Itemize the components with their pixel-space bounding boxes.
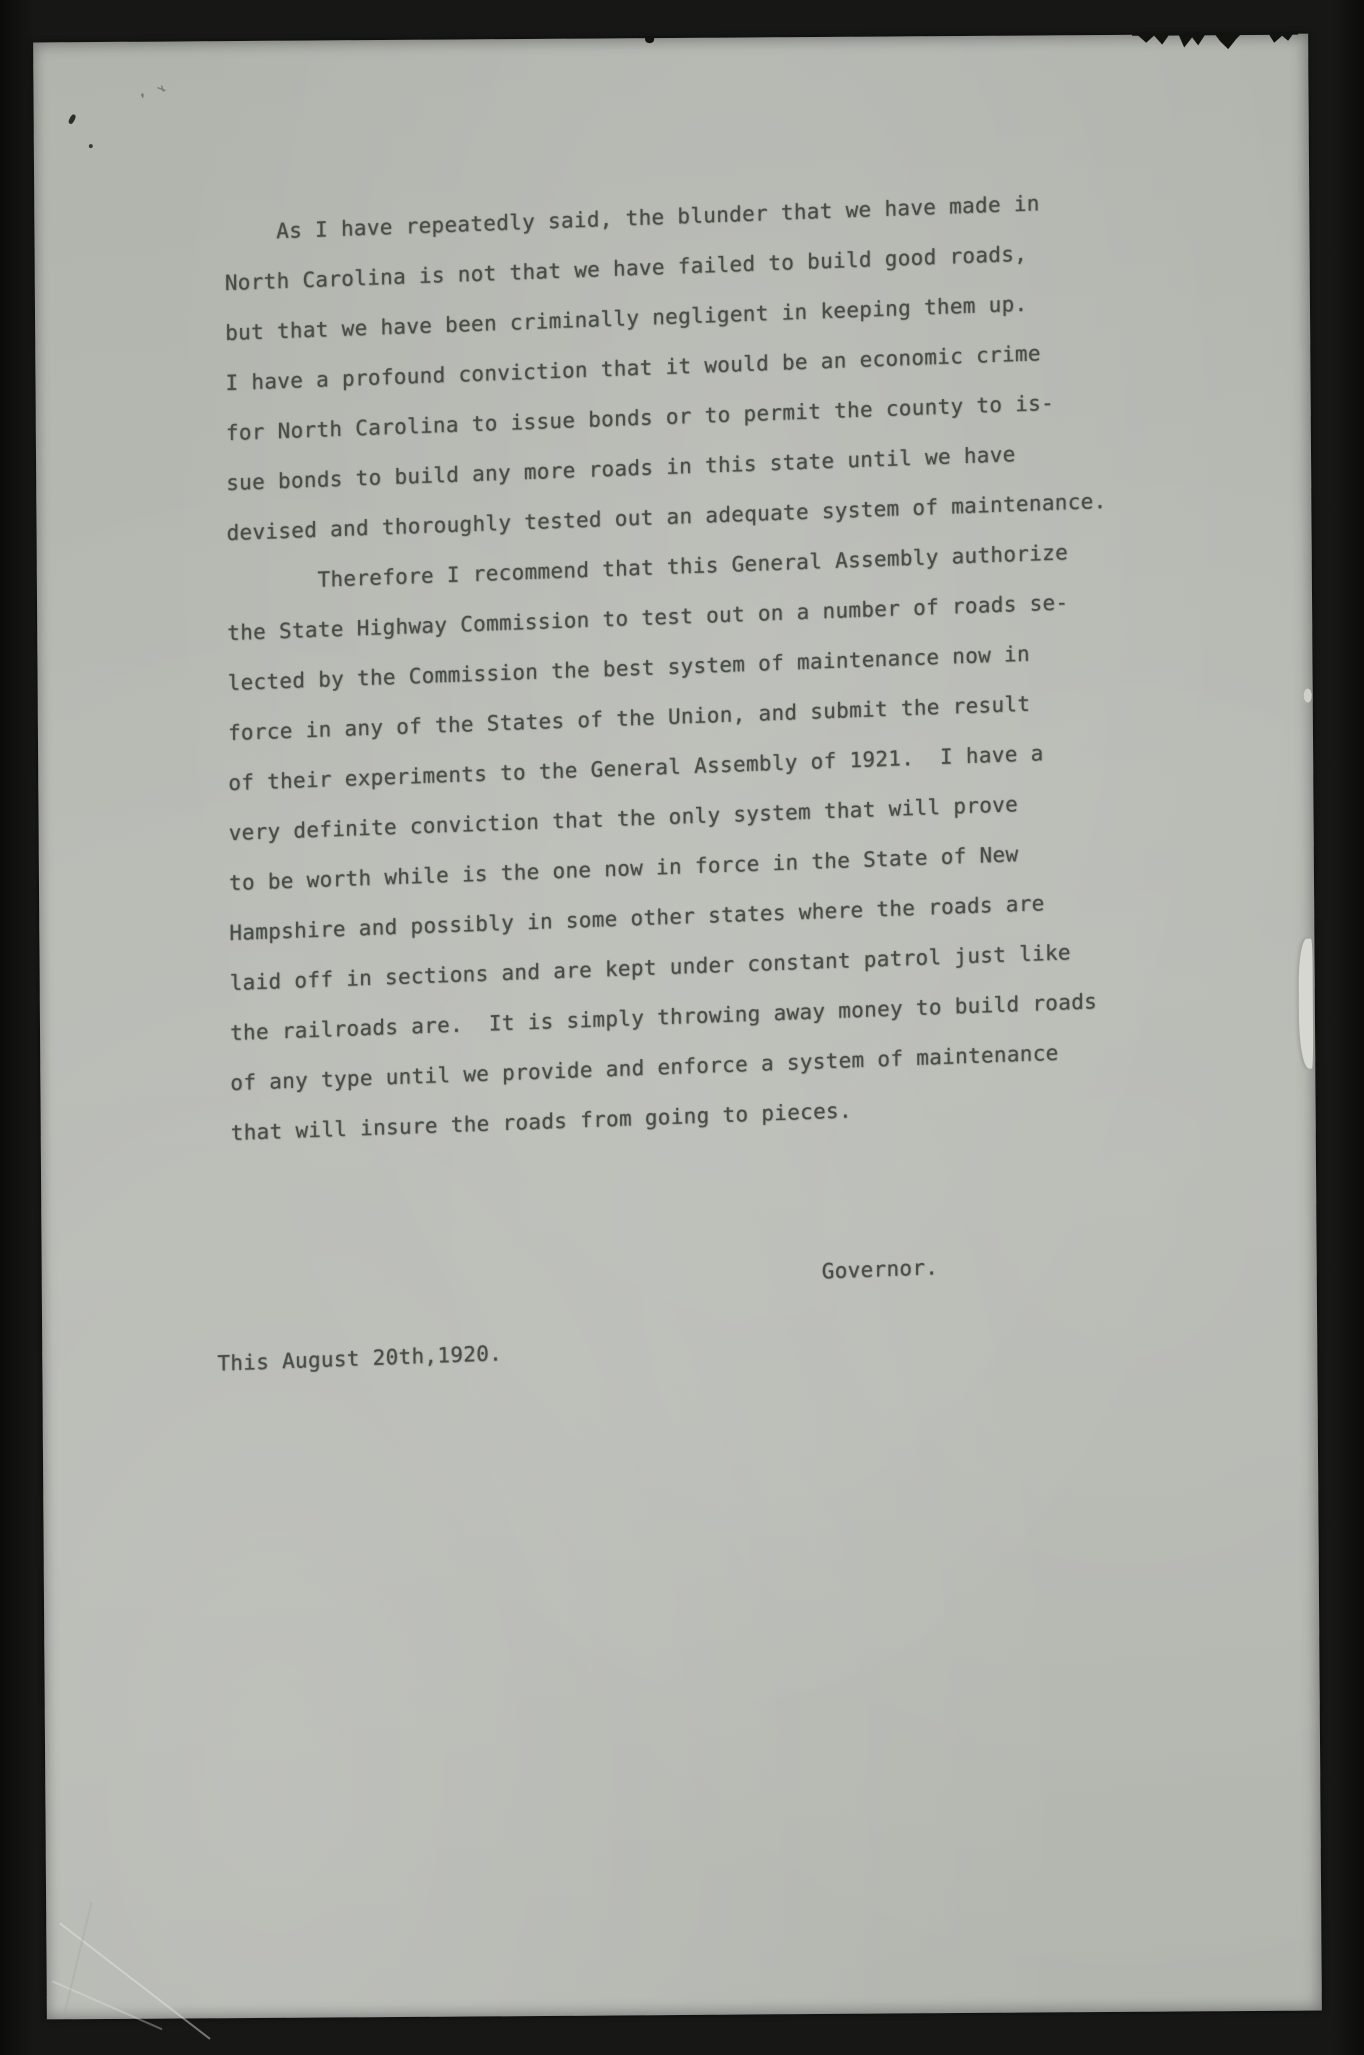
pencil-mark-icon	[137, 84, 171, 100]
paper-speck	[89, 144, 93, 148]
signature-line: Governor.	[232, 1231, 1232, 1318]
paper-edge-chip	[1298, 939, 1313, 1069]
paper-top-notch	[645, 36, 654, 43]
torn-edge-icon	[1118, 33, 1318, 60]
paper-edge-nick	[1304, 689, 1312, 703]
scan-background: { "colors": { "background": "#171715", "…	[0, 0, 1364, 2055]
crease-line	[62, 1902, 92, 2019]
letter-page: As I have repeatedly said, the blunder t…	[33, 34, 1322, 2020]
date-line: This August 20th,1920.	[217, 1301, 1232, 1388]
paper-speck	[68, 114, 77, 125]
letter-body: As I have repeatedly said, the blunder t…	[224, 171, 1232, 1388]
